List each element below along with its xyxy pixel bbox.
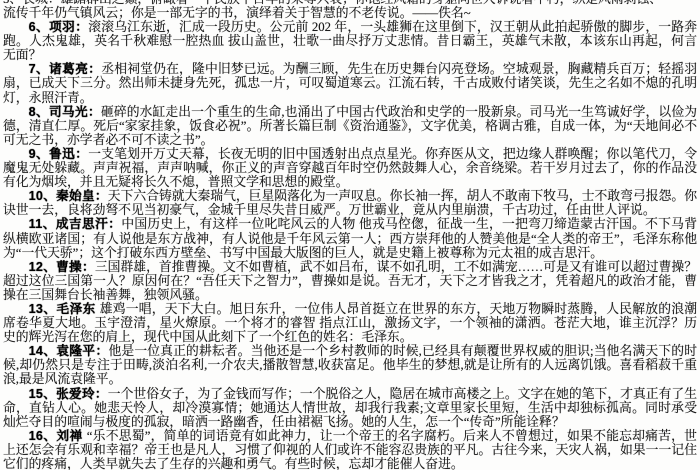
entry-paragraph: 14、袁隆平：他是一位真正的耕耘者。当他还是一个乡村教师的时候,已经具有颠覆世界… <box>3 344 697 386</box>
entry-number: 6、 <box>29 20 50 34</box>
entry-number: 14、 <box>29 344 57 358</box>
entry-paragraph: 9、鲁迅：一支笔划开万丈天幕，长夜无明的旧中国透射出点点星光。你弃医从文，把边缘… <box>3 147 697 189</box>
entry-text: 滚滚乌江东逝，汇成一段历史。公元前 202 年，一头雄狮在这里倒下，汉王朝从此拍… <box>3 20 697 62</box>
entry-number: 15、 <box>29 387 57 401</box>
entry-name: 袁隆平 <box>56 344 95 358</box>
entry-text: 他是一位真正的耕耘者。当他还是一个乡村教师的时候,已经具有颠覆世界权威的胆识;当… <box>3 344 697 386</box>
entry-number: 8、 <box>29 105 49 119</box>
entry-separator: ： <box>75 20 88 34</box>
entry-paragraph: 8、司马光：砸碎的水缸走出一个重生的生命,也涌出了中国古代政治和史学的一股新泉。… <box>3 105 697 147</box>
entry-number: 7、 <box>29 62 50 76</box>
entry-separator: ： <box>82 260 95 274</box>
entry-name: 毛泽东 <box>56 302 95 316</box>
entry-text: “乐不思蜀”，简单的词语竟有如此神力，让一个帝王的名字腐朽。后来人不曾想过，如果… <box>3 429 697 470</box>
entry-name: 诸葛亮 <box>49 62 88 76</box>
entry-text: 砸碎的水缸走出一个重生的生命,也涌出了中国古代政治和史学的一股新泉。司马光一生笃… <box>3 105 697 147</box>
entry-name: 成吉思汗 <box>56 217 108 231</box>
entry-number: 16、 <box>29 429 57 443</box>
entry-paragraph: 15、张爱玲：一个世俗女子，为了金钱而写作；一个脱俗之人，隐居在城市高楼之上。文… <box>3 387 697 429</box>
entry-name: 曹操 <box>56 260 82 274</box>
entry-paragraph: 16、刘禅 “乐不思蜀”，简单的词语竟有如此神力，让一个帝王的名字腐朽。后来人不… <box>3 429 697 470</box>
entry-separator: ： <box>95 387 108 401</box>
entry-separator: ： <box>95 189 108 203</box>
entry-text: 三国群雄，首推曹操。文不如曹植，武不如吕布，谋不如孔明，工不如满宠……可是又有谁… <box>3 260 697 302</box>
entry-paragraph: 11、成吉思汗：中国历史上，有这样一位叱咤风云的人物 他戎马倥偬，征战一生，一把… <box>3 217 697 259</box>
clipped-top-line: 5、长城：雄踞群山之巅，俯瞰着一个民族千百年的荣辱兴衰；你饱经风霜的身躯向世人诉… <box>3 0 697 6</box>
entry-name: 司马光 <box>49 105 88 119</box>
document-page: 5、长城：雄踞群山之巅，俯瞰着一个民族千百年的荣辱兴衰；你饱经风霜的身躯向世人诉… <box>0 0 700 470</box>
entries: 6、项羽：滚滚乌江东逝，汇成一段历史。公元前 202 年，一头雄狮在这里倒下，汉… <box>3 20 697 470</box>
entry-number: 9、 <box>29 147 50 161</box>
entry-paragraph: 6、项羽：滚滚乌江东逝，汇成一段历史。公元前 202 年，一头雄狮在这里倒下，汉… <box>3 20 697 62</box>
entry-text: 丞相祠堂仍在，隆中旧梦已远。为酬三顾，先生在历史舞台闪亮登场。空城观景，胸藏精兵… <box>3 62 697 104</box>
entry-text: 一个世俗女子，为了金钱而写作；一个脱俗之人，隐居在城市高楼之上。文字在她的笔下，… <box>3 387 697 429</box>
entry-name: 刘禅 <box>57 429 83 443</box>
entry-separator: ： <box>75 147 88 161</box>
entry-paragraph: 13、毛泽东 雄鸡一唱，天下大白。旭日东升，一位伟人昂首挺立在世界的东方，天地万… <box>3 302 697 344</box>
entry-separator: ： <box>108 217 121 231</box>
entry-name: 鲁迅 <box>49 147 75 161</box>
entry-paragraph: 7、诸葛亮：丞相祠堂仍在，隆中旧梦已远。为酬三顾，先生在历史舞台闪亮登场。空城观… <box>3 62 697 104</box>
entry-separator: ： <box>88 105 101 119</box>
entry-name: 秦始皇 <box>56 189 95 203</box>
entry-paragraph: 10、秦始皇：天下六合铸就大秦瑞气，巨星陨落化为一声叹息。你长袖一挥，胡人不敢南… <box>3 189 697 217</box>
entry-name: 项羽 <box>49 20 75 34</box>
entry-number: 13、 <box>29 302 57 316</box>
entry-separator: ： <box>95 344 108 358</box>
entry-text: 天下六合铸就大秦瑞气，巨星陨落化为一声叹息。你长袖一挥，胡人不敢南下牧马，士不敢… <box>3 189 697 217</box>
entry-number: 12、 <box>29 260 57 274</box>
entry-number: 11、 <box>29 217 56 231</box>
entry-text: 雄鸡一唱，天下大白。旭日东升，一位伟人昂首挺立在世界的东方，天地万物瞬时蒸腾，人… <box>3 302 697 344</box>
entry-paragraph: 12、曹操：三国群雄，首推曹操。文不如曹植，武不如吕布，谋不如孔明，工不如满宠…… <box>3 260 697 302</box>
clipped-top-line-text: 5、长城：雄踞群山之巅，俯瞰着一个民族千百年的荣辱兴衰；你饱经风霜的身躯向世人诉… <box>3 0 697 6</box>
entry-number: 10、 <box>29 189 57 203</box>
entry5-continuation-line: 流传千年仍气镇风云；你是一部无字的书，演绎着关于智慧的不老传说。——佚名~ <box>3 6 697 20</box>
entry-name: 张爱玲 <box>56 387 95 401</box>
entry-separator: ： <box>88 62 101 76</box>
entry-text: 一支笔划开万丈天幕，长夜无明的旧中国透射出点点星光。你弃医从文，把边缘人群唤醒；… <box>3 147 697 189</box>
